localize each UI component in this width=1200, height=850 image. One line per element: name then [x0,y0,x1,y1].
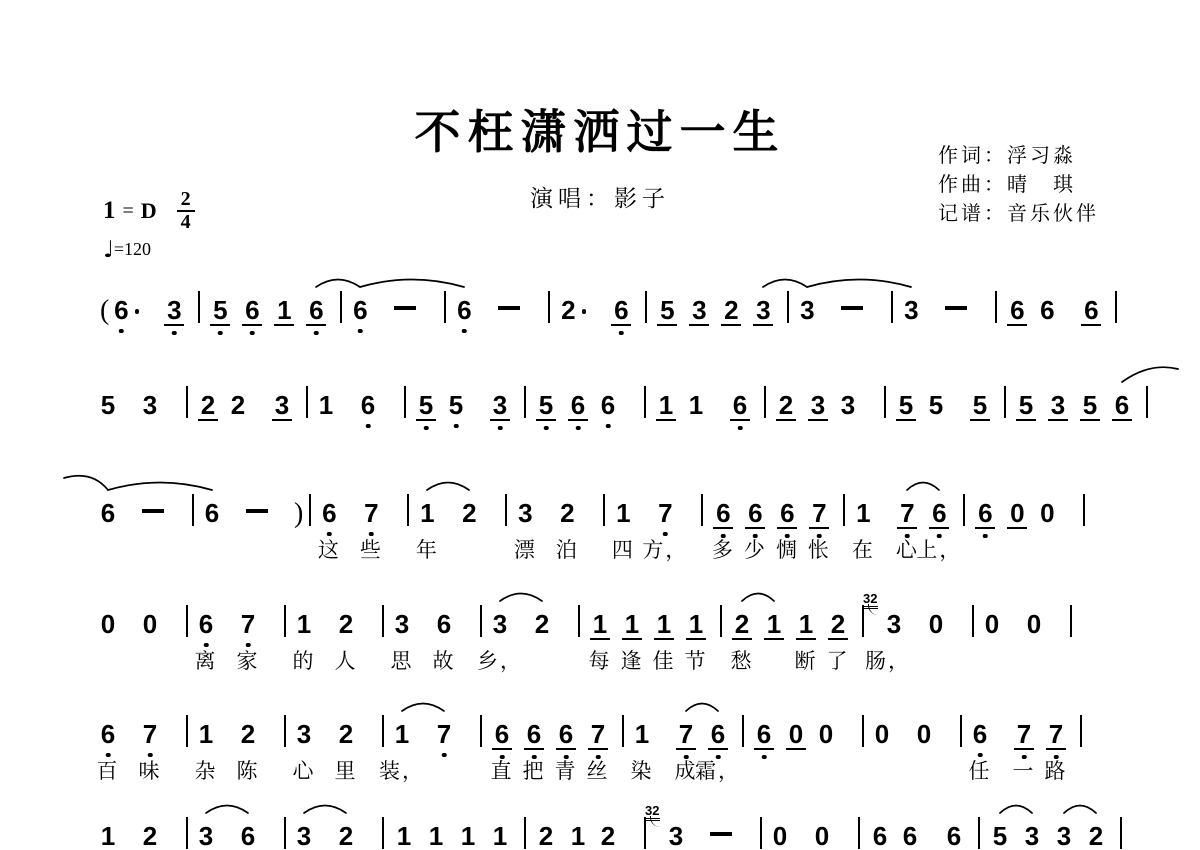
slur-arcs [88,687,1170,717]
lyric-syllable: 的 [293,647,316,675]
augmentation-dot [582,309,587,314]
lyric-syllable: 泊 [556,536,579,564]
lyric-syllable: 多 [712,536,735,564]
note-digit: 1 [460,822,476,850]
lyric-syllable: 上， [916,536,962,564]
barline [764,386,766,418]
barline [284,817,286,849]
note-digit: 6 [570,391,586,419]
lyric-syllable: 陈 [237,757,260,785]
note: 5 [1080,391,1100,421]
barline [284,605,286,637]
lyric-syllable: 节 [685,647,708,675]
lyric-syllable: 这 [318,536,341,564]
lyric-syllable: 故 [433,647,456,675]
slur-arcs [88,577,1160,607]
note-digit: 6 [931,499,947,527]
note-digit: 1 [592,610,608,638]
note-digit: 3 [840,391,856,419]
note-digit: 1 [570,822,586,850]
note-digit: 0 [142,610,158,638]
note-digit: 6 [1114,391,1130,419]
octave-dot [544,426,549,431]
music-line-1: (6356166626532333666 [100,291,1127,321]
grace-slur-icon [650,816,660,827]
note-digit: 3 [1050,391,1066,419]
note: 2 [142,822,158,850]
note-digit: 2 [538,822,554,850]
rest-note: 0 [100,610,116,638]
note: 1年 [419,499,435,527]
note: 1装， [394,720,410,748]
lyric-syllable: 百 [97,757,120,785]
note: 3 [840,391,856,419]
lyric-syllable: 少 [744,536,767,564]
note-digit: 6 [100,720,116,748]
note-digit: 2 [240,720,256,748]
octave-dot [762,755,767,760]
note-digit: 2 [723,296,739,324]
note-digit: 7 [240,610,256,638]
note-digit: 3 [394,610,410,638]
barline [284,715,286,747]
note: 2泊 [559,499,575,527]
rest-note: 0 [772,822,788,850]
barline [760,817,762,849]
dash-extension [945,306,967,310]
note-digit: 3 [755,296,771,324]
lyric-syllable: 四 [612,536,635,564]
barline [960,715,962,747]
lyric-syllable: 家 [237,647,260,675]
barline [340,291,342,323]
note: 1 [458,822,478,850]
lyric-syllable: 味 [139,757,162,785]
note: 1佳 [654,610,674,640]
rest-note: 0 [916,720,932,748]
note: 6惆 [777,499,797,529]
note-digit: 6 [198,610,214,638]
note-digit: 7 [1048,720,1064,748]
slur-arcs [88,263,1200,293]
note: 6青 [556,720,576,750]
barline [644,386,646,418]
note-digit: 6 [872,822,888,850]
note: 323 [656,822,684,850]
note: 6 [242,296,262,326]
note-digit: 6 [526,720,542,748]
note-digit: 0 [772,822,788,850]
note-digit: 3 [668,822,684,850]
note: 6 [306,296,326,326]
music-line-3: 66)6这7些1年23漂2泊1四7方，6多6少6惆7怅1在7心6上，600 [100,494,1095,524]
lyric-syllable: 把 [523,757,546,785]
note-digit: 3 [274,391,290,419]
note: 5 [448,391,464,419]
lyric-syllable: 漂 [514,536,537,564]
lyric-syllable: 思 [391,647,414,675]
barline [548,291,550,323]
note: 2 [198,391,218,421]
note-digit: 0 [984,610,1000,638]
note: 6 [1039,296,1055,324]
note: 2 [600,822,616,850]
note: 1逢 [622,610,642,640]
barline [1115,291,1117,323]
note-digit: 0 [928,610,944,638]
lyric-syllable: 惆 [776,536,799,564]
note-digit: 0 [788,720,804,748]
note: 6直 [492,720,512,750]
note-digit: 7 [1016,720,1032,748]
note: 1 [274,296,294,326]
note: 2 [536,822,556,850]
note: 1 [394,822,414,850]
note-digit: 1 [396,822,412,850]
barline [524,817,526,849]
note: 5 [990,822,1010,850]
barline [578,605,580,637]
octave-dot [619,331,624,336]
octave-dot [424,426,429,431]
note-digit: 6 [779,499,795,527]
key-signature: 1 = D 2 4 [103,190,195,232]
note: 2愁 [732,610,752,640]
note-digit: 2 [559,499,575,527]
note-digit: 6 [240,822,256,850]
octave-dot [314,331,319,336]
barline [382,605,384,637]
barline [843,494,845,526]
note: 6 [568,391,588,421]
note-digit: 1 [658,391,674,419]
note: 2 [230,391,246,419]
note-digit: 6 [494,720,510,748]
note: 5 [536,391,556,421]
note-digit: 0 [916,720,932,748]
note-digit: 6 [456,296,472,324]
music-line-5: 6百7味1杂2陈3心2里1装，76直6把6青7丝1染7成6霜，600006任7一… [100,715,1092,745]
barline [382,715,384,747]
note: 2 [461,499,477,527]
slur-arcs [88,358,1200,388]
note-digit: 1 [276,296,292,324]
note-digit: 1 [394,720,410,748]
rest-note: 0 [984,610,1000,638]
note-digit: 2 [534,610,550,638]
note-digit: 0 [1009,499,1025,527]
note: 7丝 [588,720,608,750]
note: 6 [113,296,129,324]
slur-arcs [88,466,1173,496]
note: 1每 [590,610,610,640]
note: 2 [721,296,741,326]
music-line-6: 1236321111212323006665332 [100,817,1132,847]
note-digit: 3 [1056,822,1072,850]
note-digit: 5 [1082,391,1098,419]
note-digit: 3 [1024,822,1040,850]
note: 6 [754,720,774,750]
note-digit: 1 [296,610,312,638]
barline [407,494,409,526]
music-line-2: 53223165535661162335555356 [100,386,1158,416]
note: 2 [776,391,796,421]
note-digit: 3 [517,499,533,527]
lyric-syllable: 了 [827,647,850,675]
barline [603,494,605,526]
note-digit: 2 [230,391,246,419]
note-digit: 3 [799,296,815,324]
note-digit: 1 [198,720,214,748]
note: 3 [142,391,158,419]
key-tonic: 1 [103,197,116,225]
barline [186,817,188,849]
note: 2了 [828,610,848,640]
note: 3漂 [517,499,533,527]
barline [192,494,194,526]
barline [306,386,308,418]
note: 1 [100,822,116,850]
dash-extension [710,832,732,836]
note: 3 [1048,391,1068,421]
lyric-syllable: 丝 [587,757,610,785]
barline [1004,386,1006,418]
note-digit: 6 [321,499,337,527]
rest-note: 0 [928,610,944,638]
note-digit: 5 [212,296,228,324]
note-digit: 7 [899,499,915,527]
note: 2人 [338,610,354,638]
rest-note: 0 [142,610,158,638]
note-digit: 0 [1039,499,1055,527]
barline [382,817,384,849]
note: 6这 [321,499,337,527]
note-digit: 6 [747,499,763,527]
note-digit: 5 [100,391,116,419]
barline [644,817,646,849]
lyric-syllable: 路 [1045,757,1068,785]
note: 6 [1081,296,1101,326]
barline [978,817,980,849]
lyric-syllable: 霜， [695,757,741,785]
note-digit: 6 [613,296,629,324]
note: 6多 [713,499,733,529]
note-digit: 1 [656,610,672,638]
note-digit: 0 [814,822,830,850]
note: 1断 [796,610,816,640]
note-digit: 5 [928,391,944,419]
note: 5 [970,391,990,421]
note: 6离 [198,610,214,638]
note-digit: 6 [113,296,129,324]
octave-dot [576,426,581,431]
quarter-note-icon: ♩ [103,237,114,263]
rest-note: 0 [786,720,806,750]
note: 6 [600,391,616,419]
note-digit: 6 [732,391,748,419]
note-digit: 3 [296,720,312,748]
dash-extension [841,306,863,310]
note-digit: 6 [977,499,993,527]
barline [1080,715,1082,747]
note: 6 [240,822,256,850]
note: 5 [210,296,230,326]
barline [720,605,722,637]
note: 5 [1016,391,1036,421]
note-digit: 0 [874,720,890,748]
note-digit: 6 [1009,296,1025,324]
note-digit: 2 [1088,822,1104,850]
note-digit: 7 [590,720,606,748]
octave-dot [366,424,371,429]
note: 7心 [897,499,917,529]
note-digit: 2 [338,822,354,850]
lyric-syllable: 乡， [477,647,523,675]
note: 1 [764,610,784,640]
dash-extension [246,509,268,513]
note-digit: 3 [903,296,919,324]
note-digit: 3 [198,822,214,850]
tempo-marking: ♩=120 [103,237,151,263]
note: 1 [490,822,510,850]
lyric-syllable: 些 [360,536,383,564]
note-digit: 0 [818,720,834,748]
note: 2陈 [240,720,256,748]
note: 1 [318,391,334,419]
note-digit: 5 [418,391,434,419]
rest-note: 0 [818,720,834,748]
lyric-syllable: 染 [631,757,654,785]
barline [645,291,647,323]
note-digit: 2 [338,610,354,638]
barline [404,386,406,418]
note-digit: 1 [428,822,444,850]
note-digit: 3 [810,391,826,419]
note-digit: 1 [419,499,435,527]
note-digit: 3 [492,391,508,419]
note: 6 [870,822,890,850]
note-digit: 1 [688,391,704,419]
dash-extension [394,306,416,310]
note: 3 [689,296,709,326]
note: 3 [799,296,815,324]
note: 3乡， [492,610,508,638]
note: 1 [568,822,588,850]
note: 7味 [142,720,158,748]
note: 7成 [676,720,696,750]
music-line-4: 006离7家1的2人3思6故3乡，21每1逢1佳1节2愁11断2了323肠，00… [100,605,1082,635]
note: 6 [1112,391,1132,421]
note: 6 [944,822,964,850]
barline [186,605,188,637]
note: 1 [656,391,676,421]
note-digit: 2 [830,610,846,638]
note-digit: 2 [461,499,477,527]
barline [891,291,893,323]
note: 6 [456,296,472,324]
note: 6 [352,296,368,324]
dash-extension [498,306,520,310]
note-digit: 5 [898,391,914,419]
note-digit: 0 [100,610,116,638]
note: 6 [902,822,918,850]
note-digit: 2 [600,822,616,850]
barline [622,715,624,747]
note: 6霜， [708,720,728,750]
close-parenthesis: ) [294,498,303,530]
open-parenthesis: ( [100,295,109,327]
note: 323肠， [874,610,902,638]
barline [480,605,482,637]
note-digit: 2 [142,822,158,850]
note-digit: 6 [308,296,324,324]
note-digit: 7 [811,499,827,527]
note: 6百 [100,720,116,748]
barline [787,291,789,323]
note-digit: 3 [886,610,902,638]
note-digit: 2 [778,391,794,419]
note-digit: 3 [142,391,158,419]
note: 5 [416,391,436,421]
augmentation-dot [135,309,140,314]
note: 6少 [745,499,765,529]
barline [995,291,997,323]
octave-dot [172,331,177,336]
note-digit: 0 [1026,610,1042,638]
note-digit: 6 [436,610,452,638]
note-digit: 1 [492,822,508,850]
note-digit: 1 [100,822,116,850]
note-digit: 5 [538,391,554,419]
note-digit: 3 [492,610,508,638]
barline [884,386,886,418]
barline [1146,386,1148,418]
note: 1杂 [198,720,214,748]
lyric-syllable: 人 [335,647,358,675]
lyric-syllable: 一 [1013,757,1036,785]
note-digit: 6 [972,720,988,748]
note-digit: 1 [615,499,631,527]
octave-dot [119,329,124,334]
barline [701,494,703,526]
sheet-music-page: 不枉潇洒过一生 作词：浮习淼 作曲：晴 琪 记谱：音乐伙伴 演唱：影子 1 = … [0,0,1200,850]
note: 1节 [686,610,706,640]
note-digit: 1 [634,720,650,748]
note: 3 [753,296,773,326]
barline [742,715,744,747]
octave-dot [454,424,459,429]
octave-dot [498,426,503,431]
note: 1染 [634,720,650,748]
lyric-syllable: 离 [195,647,218,675]
barline [862,715,864,747]
note-digit: 3 [691,296,707,324]
note: 6 [975,499,995,529]
time-signature-numerator: 2 [177,190,195,212]
note: 3 [296,822,312,850]
barline [1070,605,1072,637]
lyric-syllable: 肠， [865,647,911,675]
note-digit: 2 [734,610,750,638]
note: 7 [436,720,452,748]
note: 6 [611,296,631,326]
note: 1的 [296,610,312,638]
note: 2 [338,822,354,850]
note: 7怅 [809,499,829,529]
note: 1在 [855,499,871,527]
barline [858,817,860,849]
barline [480,715,482,747]
